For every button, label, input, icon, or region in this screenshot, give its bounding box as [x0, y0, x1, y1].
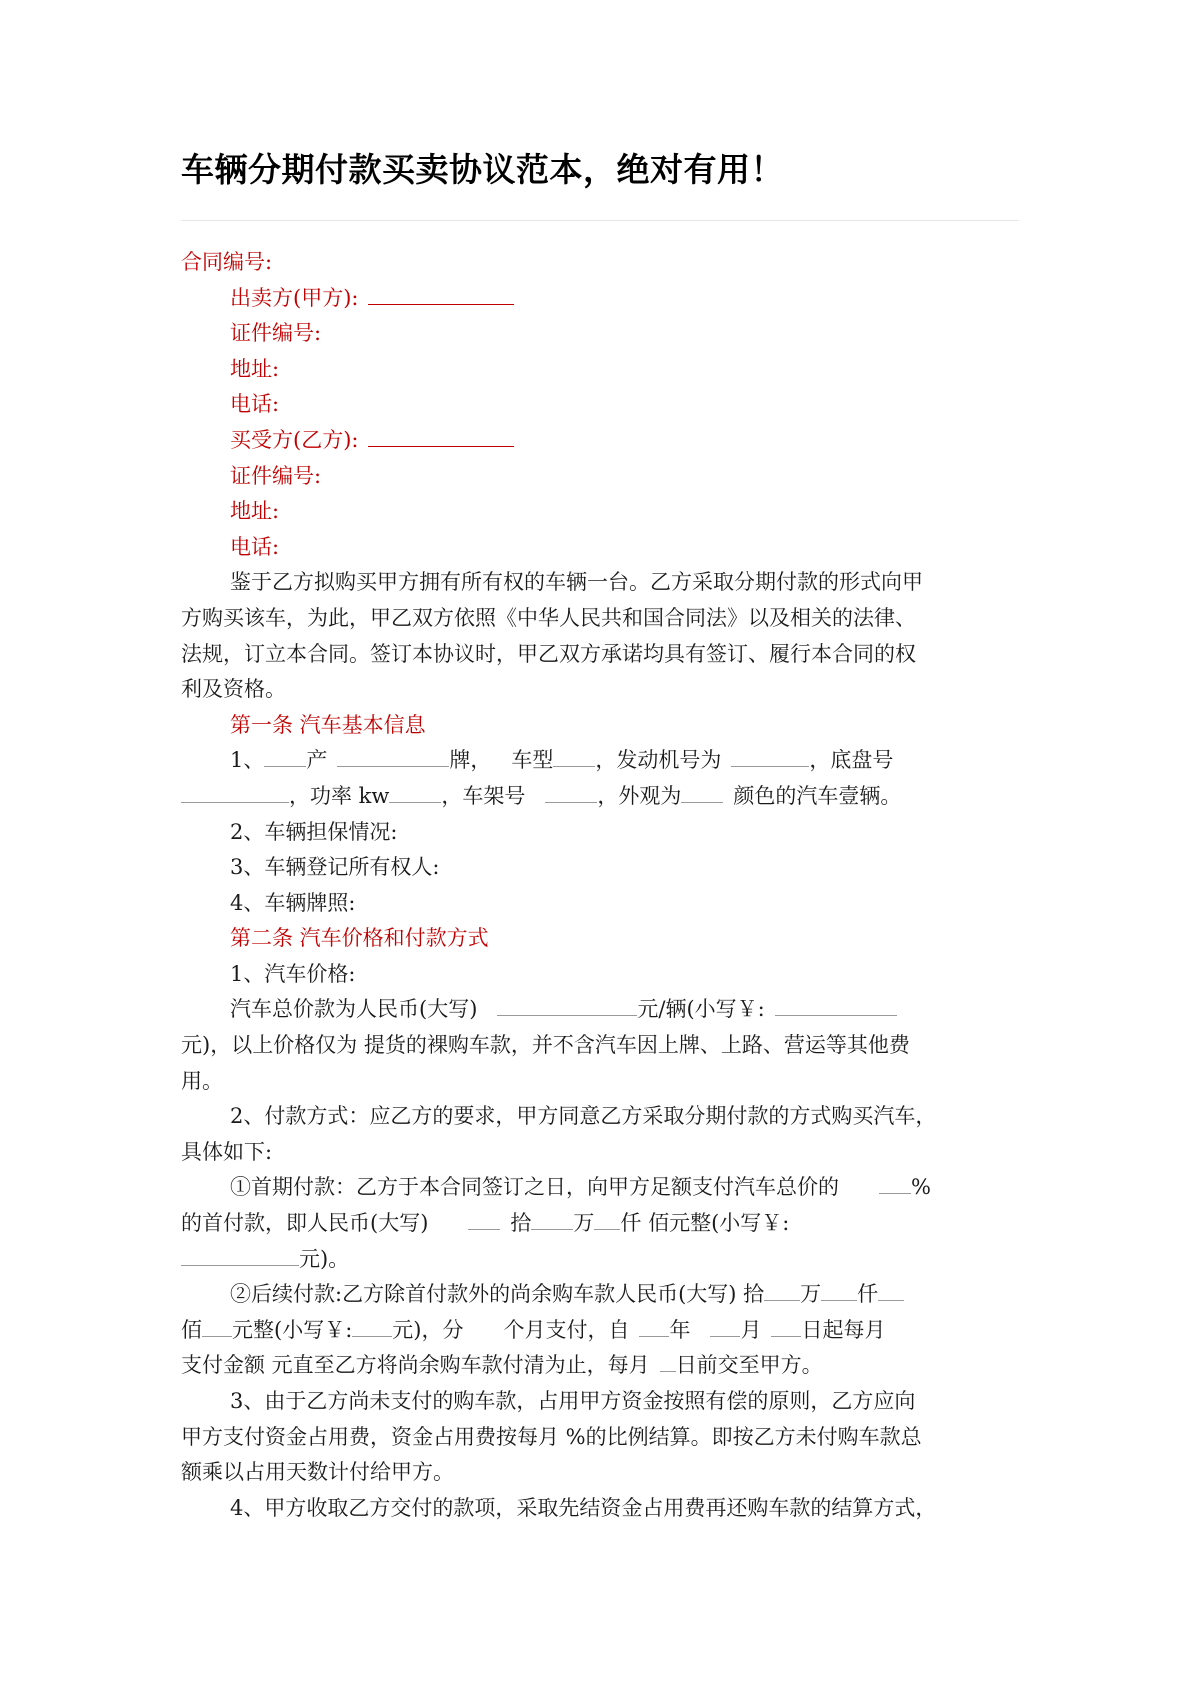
- total-price-uppercase-label: 汽车总价款为人民币(大写): [230, 997, 477, 1021]
- subsequent-lowercase-blank[interactable]: [352, 1314, 392, 1337]
- power-blank[interactable]: [389, 780, 441, 803]
- preamble-line-2: 方购买该车，为此，甲乙双方依照《中华人民共和国合同法》以及相关的法律、: [181, 601, 1019, 637]
- brand-label: 牌，: [449, 748, 491, 772]
- due-day-blank[interactable]: [660, 1349, 676, 1372]
- buyer-blank[interactable]: [368, 424, 514, 447]
- first-payment-line-1: ①首期付款：乙方于本合同签订之日，向甲方足额支付汽车总价的%: [181, 1170, 1019, 1206]
- price-title: 1、汽车价格:: [181, 957, 1019, 993]
- seller-phone-label: 电话:: [181, 387, 1019, 423]
- first-payment-blank-3[interactable]: [594, 1207, 620, 1230]
- monthly-amount-label: 支付金额 元直至乙方将尚余购车款付清为止，每月: [181, 1353, 650, 1377]
- article-1-item-2: 2、车辆担保情况:: [181, 815, 1019, 851]
- article-1-heading: 第一条 汽车基本信息: [181, 708, 1019, 744]
- clause-4-line-1: 4、甲方收取乙方交付的款项，采取先结资金占用费再还购车款的结算方式，: [181, 1491, 1019, 1527]
- first-payment-uppercase-label: 的首付款，即人民币(大写): [181, 1211, 428, 1235]
- price-line-3: 用。: [181, 1064, 1019, 1100]
- origin-blank[interactable]: [264, 744, 306, 767]
- unit-qian-bai: 仟 佰元整(小写￥:: [620, 1211, 789, 1235]
- subsequent-lowercase-label: 元整(小写￥:: [232, 1318, 352, 1342]
- document-body: 合同编号: 出卖方(甲方): 证件编号: 地址: 电话: 买受方(乙方): 证件…: [181, 245, 1019, 1526]
- first-payment-label: ①首期付款：乙方于本合同签订之日，向甲方足额支付汽车总价的: [230, 1175, 839, 1199]
- month-label: 月: [740, 1318, 761, 1342]
- price-line-1: 汽车总价款为人民币(大写)元/辆(小写￥:: [181, 992, 1019, 1028]
- payment-method-line-1: 2、付款方式：应乙方的要求，甲方同意乙方采取分期付款的方式购买汽车，: [181, 1099, 1019, 1135]
- first-payment-blank-1[interactable]: [468, 1207, 500, 1230]
- unit-shi: 拾: [510, 1211, 531, 1235]
- unit-wan: 万: [573, 1211, 594, 1235]
- buyer-id-label: 证件编号:: [181, 459, 1019, 495]
- total-price-lowercase-label: 元/辆(小写￥:: [637, 997, 764, 1021]
- unit-wan-2: 万: [800, 1282, 821, 1306]
- engine-no-label: ，发动机号为: [595, 748, 721, 772]
- preamble-line-4: 利及资格。: [181, 672, 1019, 708]
- seller-label: 出卖方(甲方):: [230, 286, 358, 310]
- preamble-line-1: 鉴于乙方拟购买甲方拥有所有权的车辆一台。乙方采取分期付款的形式向甲: [181, 565, 1019, 601]
- frame-no-blank[interactable]: [545, 780, 597, 803]
- seller-field: 出卖方(甲方):: [181, 281, 1019, 317]
- article-1-item-1-line-2: ，功率 kw，车架号，外观为颜色的汽车壹辆。: [181, 779, 1019, 815]
- buyer-phone-label: 电话:: [181, 530, 1019, 566]
- first-payment-percent-blank[interactable]: [879, 1171, 911, 1194]
- item-number: 1、: [230, 748, 264, 772]
- subsequent-payment-line-1: ②后续付款:乙方除首付款外的尚余购车款人民币(大写) 拾万仟: [181, 1277, 1019, 1313]
- start-day-blank[interactable]: [771, 1314, 801, 1337]
- subsequent-payment-label: ②后续付款:乙方除首付款外的尚余购车款人民币(大写) 拾: [230, 1282, 764, 1306]
- year-label: 年: [669, 1318, 690, 1342]
- day-label: 日起每月: [801, 1318, 885, 1342]
- seller-blank[interactable]: [368, 282, 514, 305]
- preamble-line-3: 法规，订立本合同。签订本协议时，甲乙双方承诺均具有签订、履行本合同的权: [181, 637, 1019, 673]
- article-2-heading: 第二条 汽车价格和付款方式: [181, 921, 1019, 957]
- clause-3-line-3: 额乘以占用天数计付给甲方。: [181, 1455, 1019, 1491]
- total-price-lowercase-blank[interactable]: [775, 993, 897, 1016]
- seller-address-label: 地址:: [181, 352, 1019, 388]
- percent-sign: %: [911, 1175, 931, 1199]
- price-line-2: 元)，以上价格仅为 提货的裸购车款，并不含汽车因上牌、上路、营运等其他费: [181, 1028, 1019, 1064]
- subsequent-payment-line-2: 佰元整(小写￥:元)，分个月支付，自年月日起每月: [181, 1313, 1019, 1349]
- start-year-blank[interactable]: [639, 1314, 669, 1337]
- unit-qian-2: 仟: [857, 1282, 878, 1306]
- clause-3-line-2: 甲方支付资金占用费，资金占用费按每月 %的比例结算。即按乙方未付购车款总: [181, 1420, 1019, 1456]
- power-label: ，功率 kw: [289, 784, 389, 808]
- unit-bai-2: 佰: [181, 1318, 202, 1342]
- first-payment-line-3: 元)。: [181, 1242, 1019, 1278]
- article-1-item-4: 4、车辆牌照:: [181, 886, 1019, 922]
- document-title: 车辆分期付款买卖协议范本，绝对有用！: [181, 150, 784, 190]
- brand-blank[interactable]: [337, 744, 449, 767]
- subsequent-blank-2[interactable]: [821, 1278, 857, 1301]
- engine-no-blank[interactable]: [731, 744, 809, 767]
- frame-no-label: ，车架号: [441, 784, 525, 808]
- first-payment-line-2: 的首付款，即人民币(大写)拾万仟 佰元整(小写￥:: [181, 1206, 1019, 1242]
- buyer-field: 买受方(乙方):: [181, 423, 1019, 459]
- start-month-blank[interactable]: [710, 1314, 740, 1337]
- total-price-uppercase-blank[interactable]: [497, 993, 637, 1016]
- first-payment-lowercase-blank[interactable]: [181, 1243, 299, 1266]
- model-blank[interactable]: [553, 744, 595, 767]
- first-payment-end: 元)。: [299, 1247, 349, 1271]
- subsequent-payment-line-3: 支付金额 元直至乙方将尚余购车款付清为止，每月日前交至甲方。: [181, 1348, 1019, 1384]
- color-label: 颜色的汽车壹辆。: [733, 784, 901, 808]
- model-label: 车型: [511, 748, 553, 772]
- clause-3-line-1: 3、由于乙方尚未支付的购车款，占用甲方资金按照有偿的原则，乙方应向: [181, 1384, 1019, 1420]
- origin-label: 产: [306, 748, 327, 772]
- chassis-no-label: ，底盘号: [809, 748, 893, 772]
- subsequent-blank-4[interactable]: [202, 1314, 232, 1337]
- article-1-item-3: 3、车辆登记所有权人:: [181, 850, 1019, 886]
- payment-method-line-2: 具体如下:: [181, 1135, 1019, 1171]
- color-blank[interactable]: [681, 780, 723, 803]
- due-day-label: 日前交至甲方。: [676, 1353, 823, 1377]
- installments-label: 元)，分: [392, 1318, 463, 1342]
- subsequent-blank-1[interactable]: [764, 1278, 800, 1301]
- title-divider: [181, 220, 1019, 221]
- buyer-label: 买受方(乙方):: [230, 428, 358, 452]
- seller-id-label: 证件编号:: [181, 316, 1019, 352]
- appearance-label: ，外观为: [597, 784, 681, 808]
- contract-number-label: 合同编号:: [181, 245, 1019, 281]
- article-1-item-1-line-1: 1、产牌，车型，发动机号为，底盘号: [181, 743, 1019, 779]
- buyer-address-label: 地址:: [181, 494, 1019, 530]
- chassis-no-blank[interactable]: [181, 780, 289, 803]
- months-label: 个月支付，自: [503, 1318, 629, 1342]
- first-payment-blank-2[interactable]: [531, 1207, 573, 1230]
- subsequent-blank-3[interactable]: [878, 1278, 904, 1301]
